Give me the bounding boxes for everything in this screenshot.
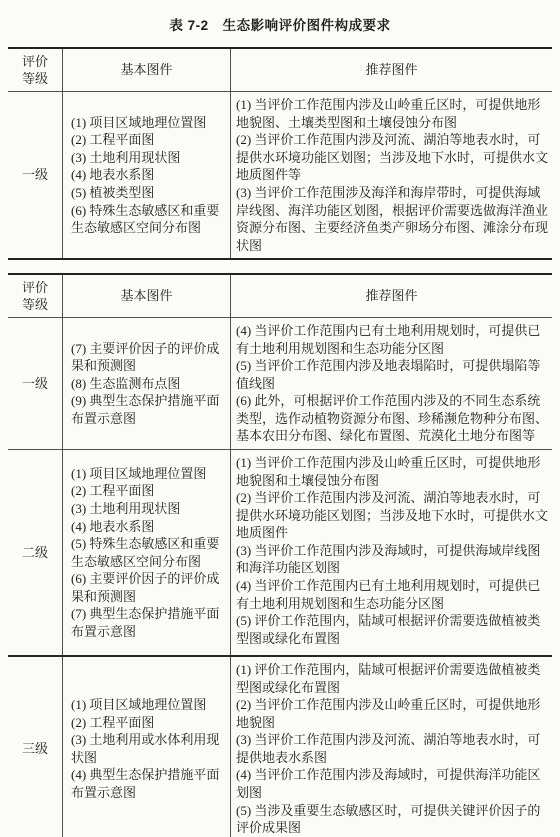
map-item: (9) 典型生态保护措施平面布置示意图 [71, 392, 226, 427]
map-item: (8) 生态监测布点图 [71, 375, 226, 393]
map-item: (6) 此外，可根据评价工作范围内涉及的不同生态系统类型，选作动植物资源分布图、… [236, 392, 548, 445]
map-item: (1) 当评价工作范围内涉及山岭重丘区时，可提供地形地貌图、土壤类型图和土壤侵蚀… [236, 96, 548, 131]
header-recommended-cell: 推荐图件 [230, 49, 552, 91]
map-item: (1) 评价工作范围内，陆域可根据评价需要选做植被类型图或绿化布置图 [236, 661, 548, 696]
map-item: (6) 特殊生态敏感区和重要生态敏感区空间分布图 [71, 202, 226, 237]
basic-maps-cell: (7) 主要评价因子的评价成果和预测图(8) 生态监测布点图(9) 典型生态保护… [62, 318, 230, 449]
map-item: (4) 当评价工作范围内已有土地利用规划时，可提供已有土地利用规划图和生态功能分… [236, 322, 548, 357]
level-cell: 二级 [8, 450, 62, 655]
map-item: (5) 评价工作范围内，陆域可根据评价需要选做植被类型图或绿化布置图 [236, 612, 548, 647]
table2-header-row: 评价等级 基本图件 推荐图件 [8, 275, 552, 317]
level-label: 二级 [22, 544, 48, 562]
map-item: (1) 项目区域地理位置图 [71, 696, 226, 714]
level-label: 一级 [22, 375, 48, 393]
map-item: (4) 典型生态保护措施平面布置示意图 [71, 766, 226, 801]
recommended-maps-cell: (1) 当评价工作范围内涉及山岭重丘区时，可提供地形地貌图、土壤类型图和土壤侵蚀… [230, 92, 552, 258]
map-item: (4) 当评价工作范围内已有土地利用规划时，可提供已有土地利用规划图和生态功能分… [236, 577, 548, 612]
table-segment-2: 评价等级 基本图件 推荐图件 一级 (7) 主要评价因子的评价成果和预测图(8)… [8, 273, 552, 837]
table-row-level2: 二级 (1) 项目区域地理位置图(2) 工程平面图(3) 土地利用现状图(4) … [8, 449, 552, 655]
level-cell: 三级 [8, 657, 62, 837]
map-item: (2) 当评价工作范围内涉及河流、湖泊等地表水时，可提供水环境功能区划图；当涉及… [236, 131, 548, 184]
header-basic-cell: 基本图件 [62, 275, 230, 317]
map-item: (4) 地表水系图 [71, 166, 226, 184]
level-label: 三级 [22, 740, 48, 758]
map-item: (2) 工程平面图 [71, 714, 226, 732]
table1-header-row: 评价等级 基本图件 推荐图件 [8, 49, 552, 91]
map-item: (5) 当评价工作范围内涉及地表塌陷时，可提供塌陷等值线图 [236, 357, 548, 392]
map-item: (3) 当评价工作范围涉及海洋和海岸带时，可提供海域岸线图、海洋功能区划图，根据… [236, 184, 548, 254]
map-item: (1) 当评价工作范围内涉及山岭重丘区时，可提供地形地貌图和土壤侵蚀分布图 [236, 454, 548, 489]
level-cell: 一级 [8, 318, 62, 449]
table-segment-1: 评价等级 基本图件 推荐图件 一级 (1) 项目区域地理位置图(2) 工程平面图… [8, 47, 552, 260]
header-recommended-label: 推荐图件 [365, 61, 417, 79]
map-item: (3) 土地利用现状图 [71, 500, 226, 518]
header-level-cell: 评价等级 [8, 275, 62, 317]
map-item: (2) 工程平面图 [71, 131, 226, 149]
map-item: (3) 土地利用或水体利用现状图 [71, 731, 226, 766]
table-row-level1: 一级 (1) 项目区域地理位置图(2) 工程平面图(3) 土地利用现状图(4) … [8, 91, 552, 258]
map-item: (2) 当评价工作范围内涉及河流、湖泊等地表水时，可提供水环境功能区划图；当涉及… [236, 489, 548, 542]
map-item: (4) 当评价工作范围内涉及海域时，可提供海洋功能区划图 [236, 766, 548, 801]
level-label: 一级 [22, 166, 48, 184]
header-basic-cell: 基本图件 [62, 49, 230, 91]
map-item: (1) 项目区域地理位置图 [71, 465, 226, 483]
map-item: (7) 典型生态保护措施平面布置示意图 [71, 605, 226, 640]
recommended-maps-cell: (4) 当评价工作范围内已有土地利用规划时，可提供已有土地利用规划图和生态功能分… [230, 318, 552, 449]
header-basic-label: 基本图件 [120, 61, 172, 79]
header-recommended-cell: 推荐图件 [230, 275, 552, 317]
map-item: (1) 项目区域地理位置图 [71, 114, 226, 132]
map-item: (3) 当评价工作范围内涉及河流、湖泊等地表水时，可提供地表水系图 [236, 731, 548, 766]
map-item: (7) 主要评价因子的评价成果和预测图 [71, 340, 226, 375]
basic-maps-cell: (1) 项目区域地理位置图(2) 工程平面图(3) 土地利用或水体利用现状图(4… [62, 657, 230, 837]
map-item: (3) 当评价工作范围内涉及海域时，可提供海域岸线图和海洋功能区划图 [236, 542, 548, 577]
header-basic-label: 基本图件 [120, 287, 172, 305]
map-item: (5) 植被类型图 [71, 184, 226, 202]
map-item: (3) 土地利用现状图 [71, 149, 226, 167]
header-level-cell: 评价等级 [8, 49, 62, 91]
scanned-document-page: 表 7-2 生态影响评价图件构成要求 评价等级 基本图件 推荐图件 一级 (1)… [0, 0, 560, 837]
table-break-gap [0, 260, 560, 273]
map-item: (6) 主要评价因子的评价成果和预测图 [71, 570, 226, 605]
header-recommended-label: 推荐图件 [365, 287, 417, 305]
basic-maps-cell: (1) 项目区域地理位置图(2) 工程平面图(3) 土地利用现状图(4) 地表水… [62, 450, 230, 655]
recommended-maps-cell: (1) 评价工作范围内，陆域可根据评价需要选做植被类型图或绿化布置图(2) 当评… [230, 657, 552, 837]
map-item: (5) 当涉及重要生态敏感区时，可提供关键评价因子的评价成果图 [236, 802, 548, 837]
header-level-label: 评价等级 [20, 279, 50, 314]
map-item: (2) 工程平面图 [71, 482, 226, 500]
map-item: (5) 特殊生态敏感区和重要生态敏感区空间分布图 [71, 535, 226, 570]
table-row-level1-continued: 一级 (7) 主要评价因子的评价成果和预测图(8) 生态监测布点图(9) 典型生… [8, 317, 552, 449]
map-item: (2) 当评价工作范围内涉及山岭重丘区时，可提供地形地貌图 [236, 696, 548, 731]
level-cell: 一级 [8, 92, 62, 258]
map-item: (4) 地表水系图 [71, 518, 226, 536]
table-row-level3: 三级 (1) 项目区域地理位置图(2) 工程平面图(3) 土地利用或水体利用现状… [8, 655, 552, 837]
table-title: 表 7-2 生态影响评价图件构成要求 [0, 0, 560, 35]
basic-maps-cell: (1) 项目区域地理位置图(2) 工程平面图(3) 土地利用现状图(4) 地表水… [62, 92, 230, 258]
header-level-label: 评价等级 [20, 53, 50, 88]
recommended-maps-cell: (1) 当评价工作范围内涉及山岭重丘区时，可提供地形地貌图和土壤侵蚀分布图(2)… [230, 450, 552, 655]
